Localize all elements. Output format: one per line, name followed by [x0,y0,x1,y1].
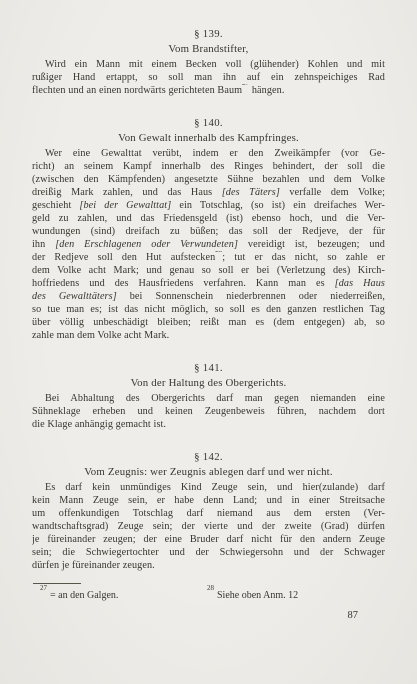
text-run: Bei Abhaltung des Obergerichts darf man … [45,393,385,404]
text-line: hoffriedens und des Hausfriedens verfahr… [32,277,385,290]
text-line: wundungen (sind) dreifach zu büßen; das … [32,225,385,238]
text-line: ihn [den Erschlagenen oder Verwundeten] … [32,238,385,251]
text-line: rußiger Hand ertappt, so soll man ihn au… [32,71,385,84]
italic-insertion: [bei der Gewalttat] [79,200,171,211]
text-line: Sühneklage erheben und keinen Zeugenbewe… [32,405,385,418]
text-line: flechten und an einen nordwärts gerichte… [32,84,385,97]
text-line: so tue man es; ist das nicht möglich, so… [32,303,385,316]
text-run: ihn [32,239,55,250]
text-run: kein Mann Zeuge sein, er habe denn Land;… [32,495,385,506]
section-141: § 141.Von der Haltung des Obergerichts.B… [32,362,385,431]
section-140: § 140.Von Gewalt innerhalb des Kampfring… [32,117,385,342]
text-run: wandtschaftsgrad) Zeuge sein; der vierte… [32,521,385,532]
footnote-marker: 28 [207,584,214,592]
text-run: rußiger Hand ertappt, so soll man ihn au… [32,72,385,83]
italic-insertion: [des Täters] [222,187,280,198]
section-heading: § 140. [32,117,385,130]
footnote-marker: 27 [40,584,47,592]
text-block: § 139.Vom Brandstifter,Wird ein Mann mit… [32,28,385,572]
italic-insertion: [das Haus [335,278,385,289]
section-title: Von der Haltung des Obergerichts. [32,377,385,390]
text-line: dem Volke acht Mark; und genau so soll e… [32,264,385,277]
text-run: dürfen je füreinander zeugen. [32,560,155,571]
text-line: (zwischen den Kämpfenden) angesetzte Süh… [32,173,385,186]
text-run: hoffriedens und des Hausfriedens verfahr… [32,278,335,289]
book-page: § 139.Vom Brandstifter,Wird ein Mann mit… [0,0,417,684]
page-number: 87 [348,609,359,622]
text-run: flechten und an einen nordwärts gerichte… [32,85,242,96]
section-title: Vom Zeugnis: wer Zeugnis ablegen darf un… [32,466,385,479]
section-heading: § 139. [32,28,385,41]
text-line: geschieht [bei der Gewalttat] ein Totsch… [32,199,385,212]
footnote-27: 27= an den Galgen. [40,589,207,602]
text-run: zahle man dem Volke acht Mark. [32,330,169,341]
sections-container: § 139.Vom Brandstifter,Wird ein Mann mit… [32,28,385,572]
text-line: wandtschaftsgrad) Zeuge sein; der vierte… [32,520,385,533]
text-run: ; tut er das nicht, so zahle er [222,252,385,263]
footnote-reference: 28 [215,251,222,254]
text-line: die Klage anhängig gemacht ist. [32,418,385,431]
text-run: vereidigt ist, bezeugen; und [238,239,385,250]
section-title: Vom Brandstifter, [32,43,385,56]
text-run: dreißig Mark zahlen, und das Haus [32,187,222,198]
section-142: § 142.Vom Zeugnis: wer Zeugnis ablegen d… [32,451,385,572]
text-run: Wird ein Mann mit einem Becken voll (glü… [45,59,385,70]
section-heading: § 142. [32,451,385,464]
text-run: verfalle dem Volke; [280,187,385,198]
text-line: je füreinander zeugen; der eine Bruder d… [32,533,385,546]
text-run: Es darf kein unmündiges Kind Zeuge sein,… [45,482,385,493]
text-run: (zwischen den Kämpfenden) angesetzte Süh… [32,174,385,185]
text-run: hängen. [249,85,284,96]
text-line: dreißig Mark zahlen, und das Haus [des T… [32,186,385,199]
footnote-28: 28Siehe oben Anm. 12 [207,589,298,602]
footnote-text: Siehe oben Anm. 12 [217,590,298,601]
text-run: wundungen (sind) dreifach zu büßen; das … [32,226,385,237]
text-run: der Redjeve soll den Hut aufstecken [32,252,215,263]
italic-insertion: des Gewalttäters] [32,291,117,302]
text-run: dem Volke acht Mark; und genau so soll e… [32,265,385,276]
text-run: Sühneklage erheben und keinen Zeugenbewe… [32,406,385,417]
text-line: um offenkundigen Totschlag darf niemand … [32,507,385,520]
text-run: bei Sonnenschein niederbrennen oder nied… [117,291,385,302]
text-line: Wer eine Gewalttat verübt, indem er den … [32,147,385,160]
text-run: die Klage anhängig gemacht ist. [32,419,166,430]
footnote-area: 27= an den Galgen. 28Siehe oben Anm. 12 [32,583,385,602]
text-run: sein; die Schwiegertochter und der Schwi… [32,547,385,558]
text-line: der Redjeve soll den Hut aufstecken28; t… [32,251,385,264]
text-line: über völlig unbeschädigt bleiben; reißt … [32,316,385,329]
text-line: sein; die Schwiegertochter und der Schwi… [32,546,385,559]
text-line: geld zu zahlen, und das Friedensgeld (is… [32,212,385,225]
text-line: dürfen je füreinander zeugen. [32,559,385,572]
text-line: richt) an seinem Kampf innerhalb des Rin… [32,160,385,173]
text-run: um offenkundigen Totschlag darf niemand … [32,508,385,519]
text-run: je füreinander zeugen; der eine Bruder d… [32,534,385,545]
italic-insertion: [den Erschlagenen oder Verwundeten] [55,239,238,250]
text-run: über völlig unbeschädigt bleiben; reißt … [32,317,385,328]
text-run: geschieht [32,200,79,211]
footnote-text: = an den Galgen. [50,590,118,601]
text-line: Es darf kein unmündiges Kind Zeuge sein,… [32,481,385,494]
section-139: § 139.Vom Brandstifter,Wird ein Mann mit… [32,28,385,97]
text-line: Bei Abhaltung des Obergerichts darf man … [32,392,385,405]
text-run: so tue man es; ist das nicht möglich, so… [32,304,385,315]
text-line: des Gewalttäters] bei Sonnenschein niede… [32,290,385,303]
text-line: zahle man dem Volke acht Mark. [32,329,385,342]
text-line: kein Mann Zeuge sein, er habe denn Land;… [32,494,385,507]
section-heading: § 141. [32,362,385,375]
text-run: richt) an seinem Kampf innerhalb des Rin… [32,161,385,172]
footnote-reference: 27 [242,84,249,87]
text-run: ein Totschlag, (so ist) ein dreifaches W… [171,200,385,211]
text-line: Wird ein Mann mit einem Becken voll (glü… [32,58,385,71]
footnote-row: 27= an den Galgen. 28Siehe oben Anm. 12 [32,589,385,602]
section-title: Von Gewalt innerhalb des Kampfringes. [32,132,385,145]
text-run: Wer eine Gewalttat verübt, indem er den … [45,148,385,159]
text-run: geld zu zahlen, und das Friedensgeld (is… [32,213,385,224]
